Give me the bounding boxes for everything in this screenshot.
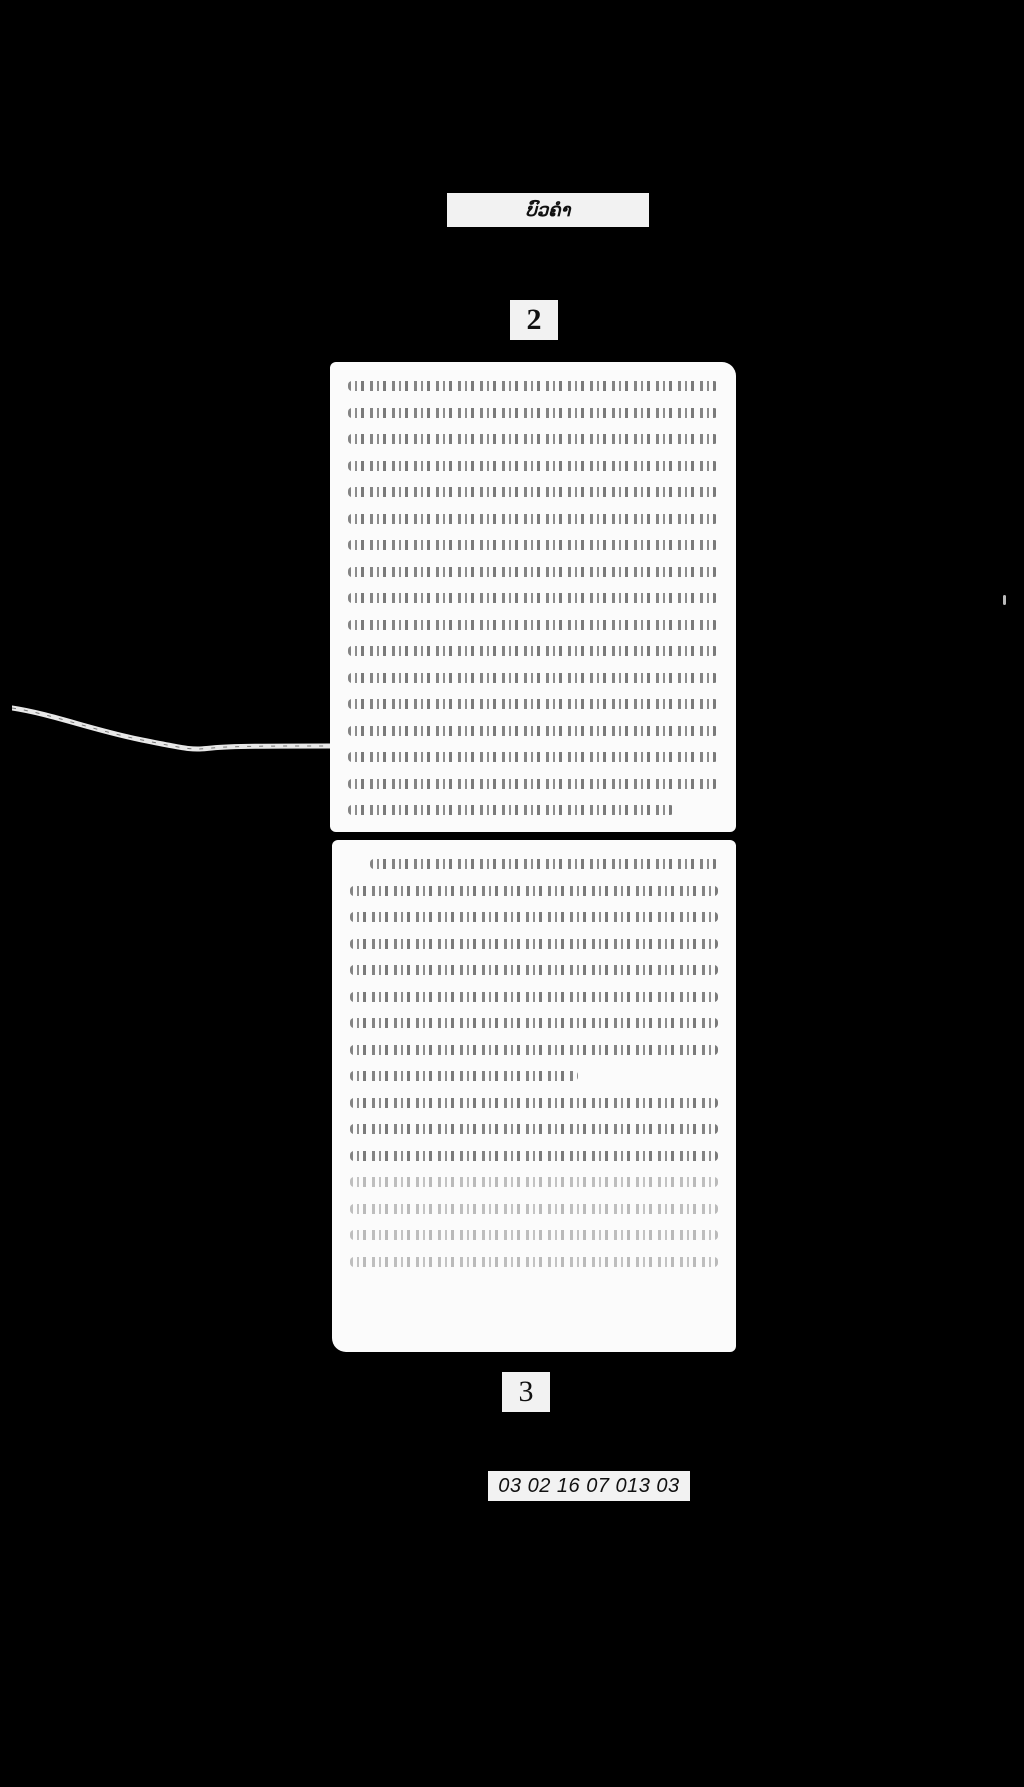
handwritten-line [348,584,718,611]
page-number-label-2: 2 [510,300,558,340]
handwritten-line [348,399,718,426]
document-id-label: 03 02 16 07 013 03 [488,1471,690,1501]
document-id-text: 03 02 16 07 013 03 [498,1475,679,1498]
page-number-text: 2 [527,303,542,337]
handwritten-line [370,850,718,877]
handwritten-line [350,877,718,904]
manuscript-title-label: ບົວຄຳ [447,193,649,227]
handwritten-line [350,1009,718,1036]
dust-speck [1003,595,1006,605]
handwritten-line [348,425,718,452]
page-number-text: 3 [519,1375,534,1409]
page-fold [330,832,736,840]
handwritten-line [350,930,718,957]
manuscript-page-upper [330,362,736,832]
handwritten-line [348,770,718,797]
handwritten-line [350,956,718,983]
manuscript-page-lower [332,840,736,1352]
binding-string-icon [12,700,332,760]
page-number-label-3: 3 [502,1372,550,1412]
handwritten-line [348,717,718,744]
handwritten-line [348,531,718,558]
handwritten-line [350,1248,718,1275]
handwritten-line [348,637,718,664]
handwritten-line [350,1195,718,1222]
handwritten-line [350,1168,718,1195]
handwritten-line [348,796,674,823]
handwritten-line [348,505,718,532]
handwritten-line [348,690,718,717]
handwritten-line [350,1036,718,1063]
handwritten-line [350,983,718,1010]
handwritten-line [350,1062,578,1089]
handwritten-line [350,1142,718,1169]
handwritten-line [348,372,718,399]
handwritten-line [348,558,718,585]
title-text: ບົວຄຳ [526,200,571,221]
handwritten-line [348,743,718,770]
handwritten-line [350,1115,718,1142]
handwritten-line [350,903,718,930]
handwritten-line [350,1221,718,1248]
handwritten-line [348,452,718,479]
handwritten-line [350,1089,718,1116]
handwritten-line [348,478,718,505]
handwritten-line [348,611,718,638]
handwritten-line [348,664,718,691]
